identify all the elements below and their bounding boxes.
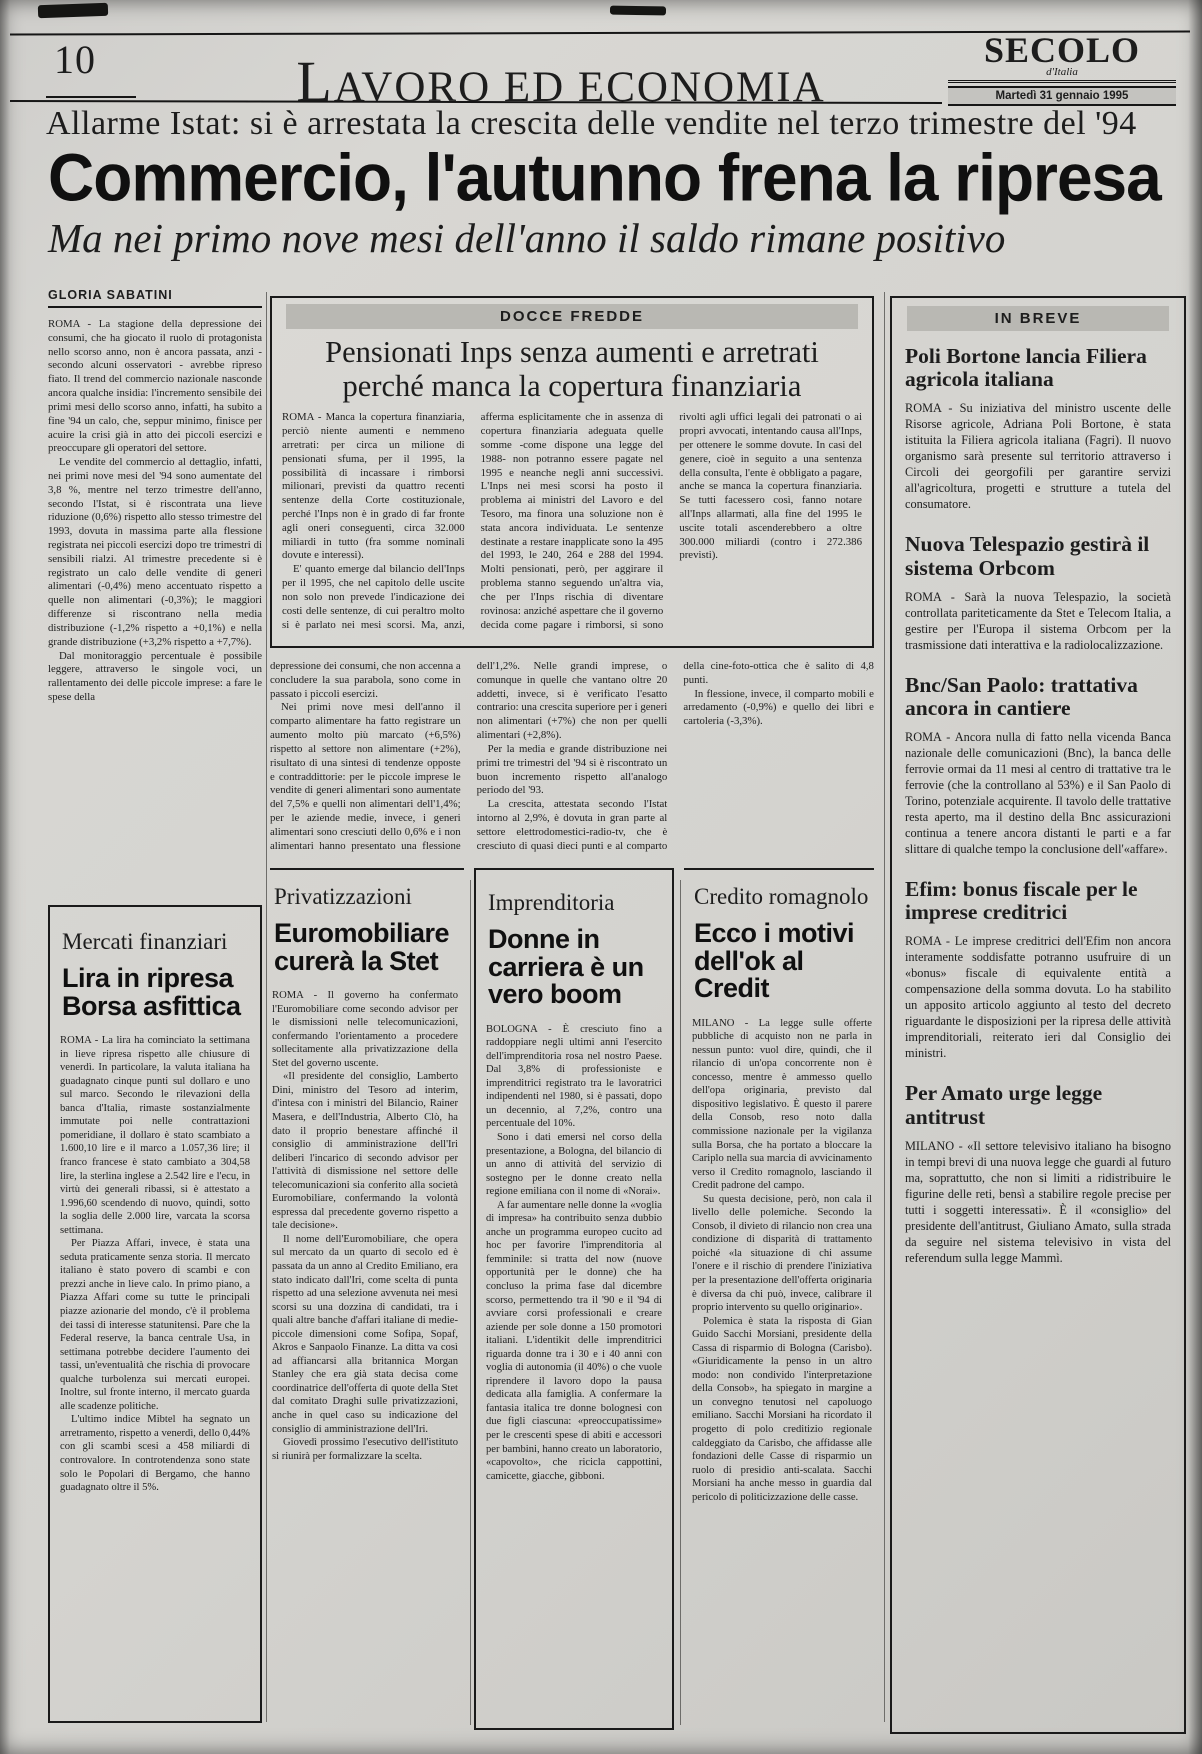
article-kicker: Credito romagnolo [694,884,870,910]
in-breve-box: IN BREVE Poli Bortone lancia Filiera agr… [890,296,1186,1734]
article-text: ROMA - La lira ha cominciato la settiman… [60,1034,250,1694]
paragraph: ROMA - Le imprese creditrici dell'Efim n… [905,934,1171,1062]
newspaper-page: 10 LAVORO ED ECONOMIA SECOLO d'Italia Ma… [0,0,1202,1754]
masthead-subtitle: d'Italia [948,66,1176,83]
paragraph: depressione dei consumi, che non accenna… [270,660,461,701]
article-imprenditoria: Imprenditoria Donne in carriera è un ver… [474,868,674,1730]
article-text: ROMA - Il governo ha confermato l'Euromo… [272,989,458,1689]
paragraph: ROMA - Manca la copertura finanziaria, p… [282,411,465,563]
paragraph: MILANO - «Il settore televisivo italiano… [905,1139,1171,1267]
paragraph: Polemica è stata la risposta di Gian Gui… [692,1315,872,1505]
brief-text: ROMA - Su iniziativa del ministro uscent… [905,401,1171,513]
article-headline: Euromobiliare curerà la Stet [274,920,456,975]
brief-text: ROMA - Ancora nulla di fatto nella vicen… [905,730,1171,858]
paragraph: Le vendite del commercio al dettaglio, i… [48,456,262,649]
paragraph: Giovedì prossimo l'esecutivo dell'istitu… [272,1436,458,1463]
column-separator [680,880,681,1725]
article-kicker: Mercati finanziari [62,929,248,955]
brief-text: ROMA - Sarà la nuova Telespazio, la soci… [905,590,1171,654]
article-credito-romagnolo: Credito romagnolo Ecco i motivi dell'ok … [684,868,874,1730]
paragraph: ROMA - La lira ha cominciato la settiman… [60,1034,250,1237]
brief-item-efim: Efim: bonus fiscale per le imprese credi… [905,878,1171,1062]
lead-kicker: Allarme Istat: si è arrestata la crescit… [46,106,1176,142]
paragraph: Il nome dell'Euromobiliare, che opera su… [272,1233,458,1436]
scan-edge-shadow [1188,0,1202,1754]
article-mercati-finanziari: Mercati finanziari Lira in ripresa Borsa… [48,905,262,1723]
lead-headline: Commercio, l'autunno frena la ripresa [48,146,1188,210]
docce-fredde-text: ROMA - Manca la copertura finanziaria, p… [282,411,862,633]
paragraph: Per Piazza Affari, invece, è stata una s… [60,1237,250,1413]
brief-headline: Nuova Telespazio gestirà il sistema Orbc… [905,533,1171,579]
masthead: SECOLO d'Italia Martedì 31 gennaio 1995 [948,32,1176,106]
docce-fredde-headline: Pensionati Inps senza aumenti e arretrat… [290,335,854,403]
scan-smudge [38,3,108,18]
brief-headline: Bnc/San Paolo: trattativa ancora in cant… [905,674,1171,720]
article-headline: Lira in ripresa Borsa asfittica [62,965,248,1020]
paragraph: «Il presidente del consiglio, Lamberto D… [272,1070,458,1233]
article-privatizzazioni: Privatizzazioni Euromobiliare curerà la … [270,868,464,1730]
docce-fredde-box: DOCCE FREDDE Pensionati Inps senza aumen… [270,296,874,648]
brief-item-telespazio: Nuova Telespazio gestirà il sistema Orbc… [905,533,1171,653]
paragraph: MILANO - La legge sulle offerte pubblich… [692,1017,872,1193]
paragraph: ROMA - Su iniziativa del ministro uscent… [905,401,1171,513]
brief-headline: Efim: bonus fiscale per le imprese credi… [905,878,1171,924]
docce-fredde-eyebrow: DOCCE FREDDE [286,304,858,329]
masthead-logo: SECOLO [948,32,1176,68]
column-separator [884,292,885,1722]
brief-text: MILANO - «Il settore televisivo italiano… [905,1139,1171,1267]
paragraph: L'ultimo indice Mibtel ha segnato un arr… [60,1413,250,1494]
scan-edge-shadow [0,0,10,1754]
brief-headline: Poli Bortone lancia Filiera agricola ita… [905,345,1171,391]
article-text: BOLOGNA - È cresciuto fino a raddoppiare… [486,1023,662,1713]
column-separator [266,292,267,1722]
article-text: MILANO - La legge sulle offerte pubblich… [692,1017,872,1717]
column-separator [470,880,471,1725]
paragraph: Dal monitoraggio percentuale è possibile… [48,650,262,705]
page-number-underline [46,96,136,98]
byline: GLORIA SABATINI [48,288,262,308]
lead-continuation-text: depressione dei consumi, che non accenna… [270,660,874,860]
brief-item-poli-bortone: Poli Bortone lancia Filiera agricola ita… [905,345,1171,513]
brief-headline: Per Amato urge legge antitrust [905,1082,1171,1128]
brief-item-bnc-san-paolo: Bnc/San Paolo: trattativa ancora in cant… [905,674,1171,858]
paragraph: ROMA - Sarà la nuova Telespazio, la soci… [905,590,1171,654]
paragraph: Su questa decisione, però, non cala il l… [692,1193,872,1315]
in-breve-title: IN BREVE [907,306,1169,331]
article-kicker: Privatizzazioni [274,884,456,910]
paragraph: A far aumentare nelle donne la «voglia d… [486,1199,662,1483]
page-number: 10 [54,36,96,83]
lead-intro-text: ROMA - La stagione della depressione dei… [48,318,262,906]
paragraph: ROMA - Il governo ha confermato l'Euromo… [272,989,458,1070]
article-headline: Ecco i motivi dell'ok al Credit [694,920,870,1003]
brief-item-amato-antitrust: Per Amato urge legge antitrust MILANO - … [905,1082,1171,1266]
paragraph: ROMA - La stagione della depressione dei… [48,318,262,456]
paragraph: ROMA - Ancora nulla di fatto nella vicen… [905,730,1171,858]
lead-column: GLORIA SABATINI ROMA - La stagione della… [48,288,262,906]
paragraph: Sono i dati emersi nel corso della prese… [486,1131,662,1199]
article-kicker: Imprenditoria [488,890,660,916]
paragraph: BOLOGNA - È cresciuto fino a raddoppiare… [486,1023,662,1131]
brief-text: ROMA - Le imprese creditrici dell'Efim n… [905,934,1171,1062]
lead-deck: Ma nei primo nove mesi dell'anno il sald… [48,218,1182,259]
scan-smudge [610,6,666,16]
paragraph: Per la media e grande distribuzione nei … [477,743,668,798]
paragraph: In flessione, invece, il comparto mobili… [683,688,874,729]
masthead-date: Martedì 31 gennaio 1995 [948,86,1176,106]
article-headline: Donne in carriera è un vero boom [488,926,660,1009]
